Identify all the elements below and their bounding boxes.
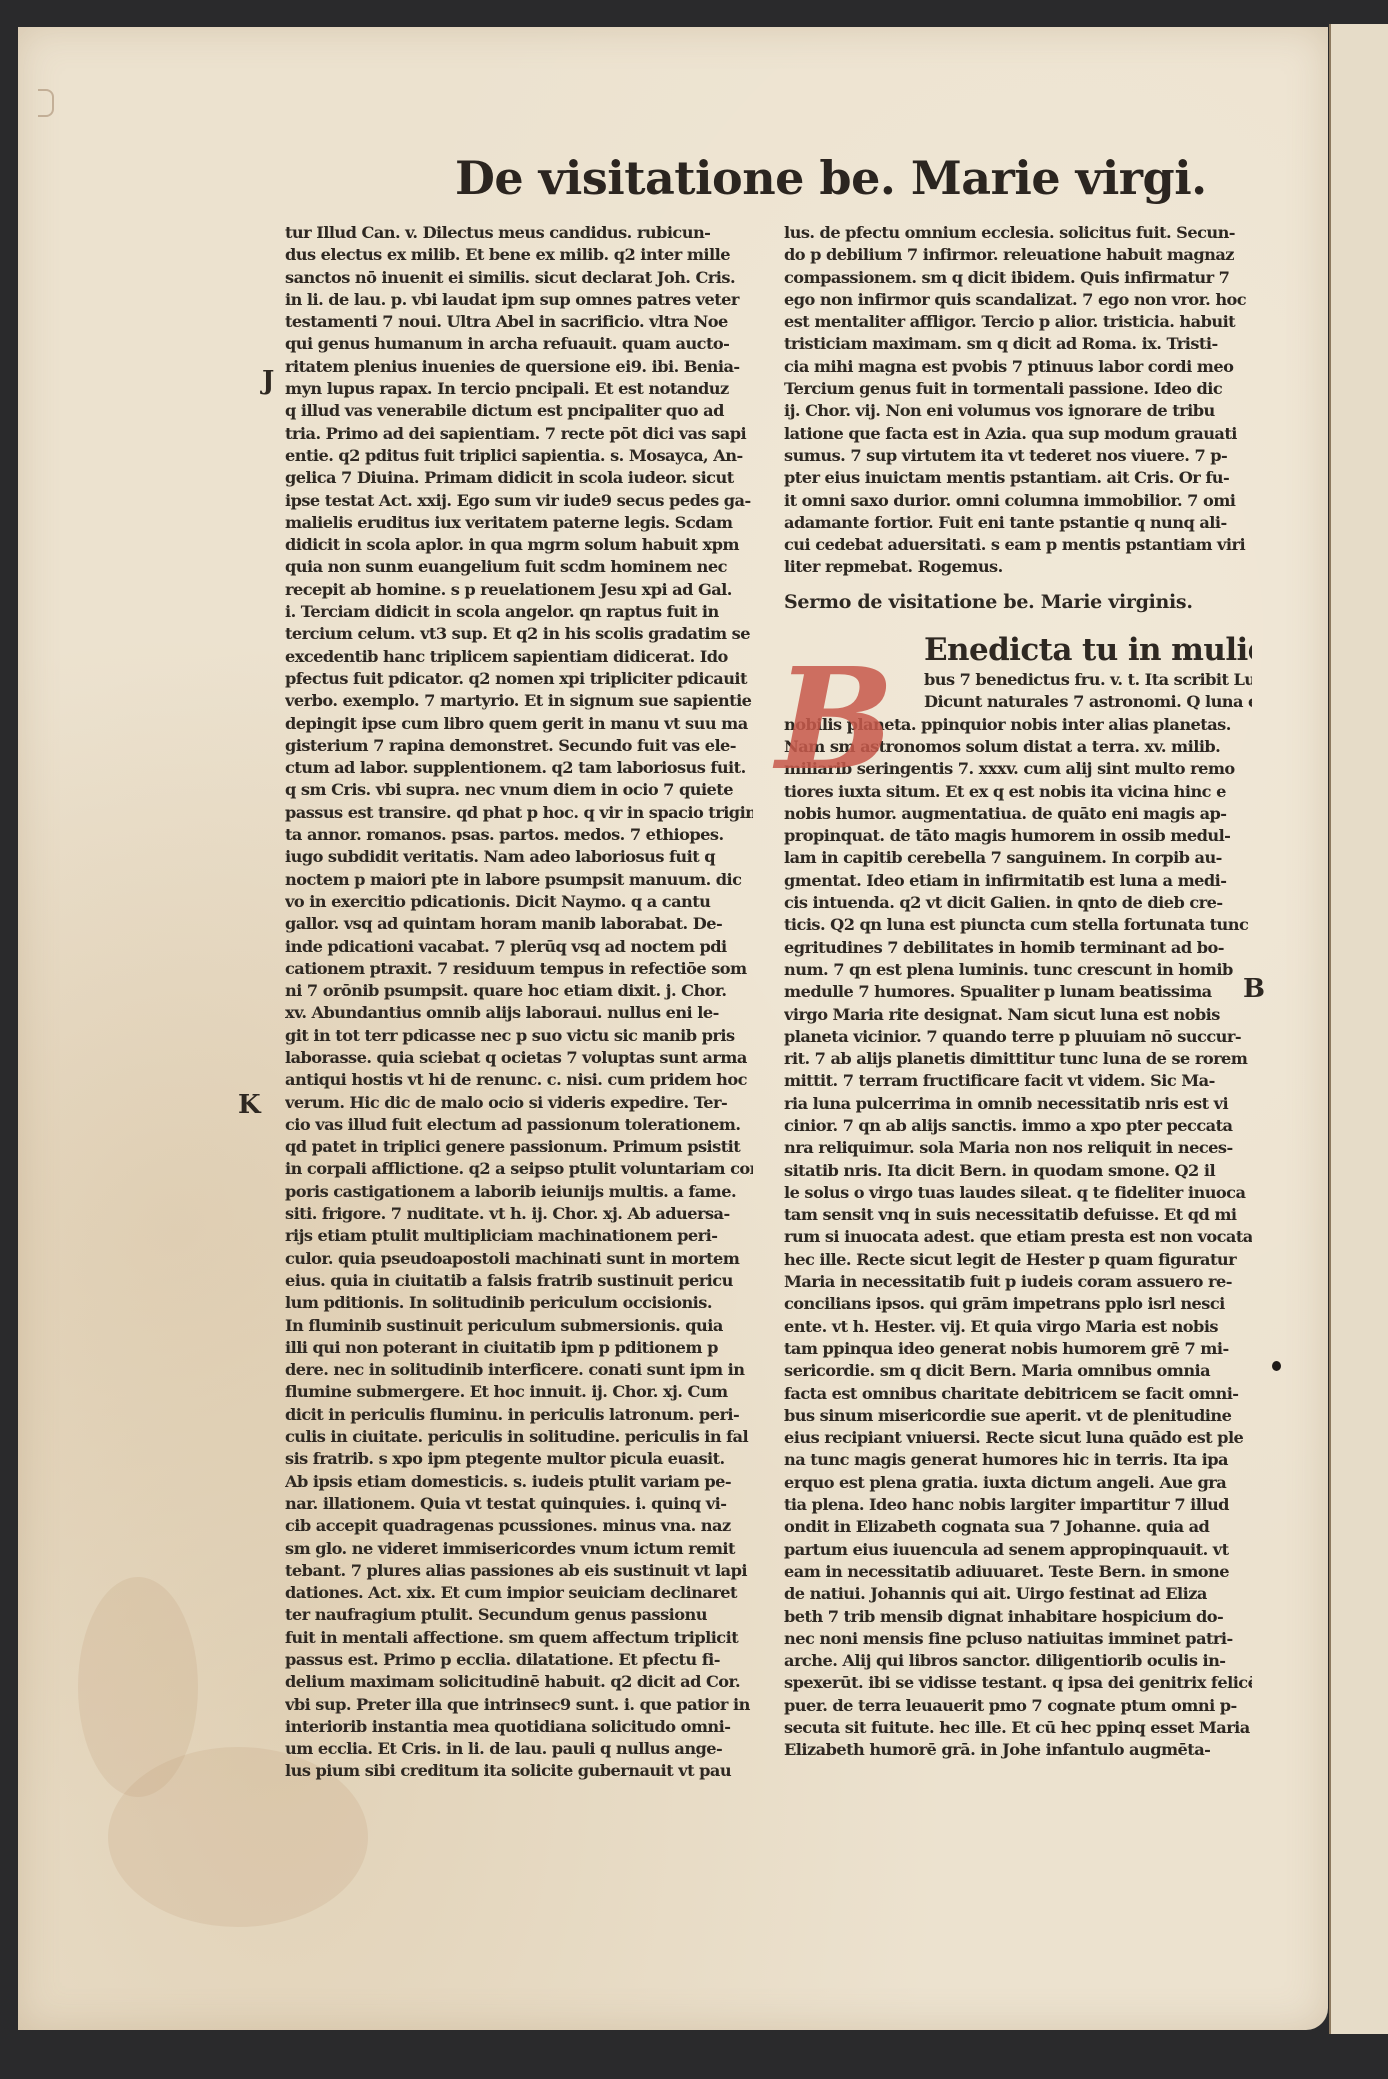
text-line: culor. quia pseudoapostoli machinati sun…: [285, 1248, 753, 1270]
text-line: qui genus humanum in archa refuauit. qua…: [285, 333, 753, 355]
text-line: delium maximam solicitudinē habuit. q2 d…: [285, 1671, 753, 1693]
text-line: adamante fortior. Fuit eni tante pstanti…: [784, 512, 1252, 534]
text-line: pter eius inuictam mentis pstantiam. ait…: [784, 467, 1252, 489]
text-line: lus pium sibi creditum ita solicite gube…: [285, 1760, 753, 1782]
text-line: in corpali afflictione. q2 a seipso ptul…: [285, 1158, 753, 1180]
text-line: ritatem plenius inuenies de quersione ei…: [285, 356, 753, 378]
binding-mark: [38, 89, 54, 117]
text-line: puer. de terra leuauerit pmo 7 cognate p…: [784, 1695, 1252, 1717]
text-line: vo in exercitio pdicationis. Dicit Naymo…: [285, 891, 753, 913]
facing-page-edge: [1329, 24, 1388, 2034]
text-line: ta annor. romanos. psas. partos. medos. …: [285, 824, 753, 846]
text-line: Maria in necessitatib fuit p iudeis cora…: [784, 1271, 1252, 1293]
text-line: nec noni mensis fine pcluso natiuitas im…: [784, 1628, 1252, 1650]
text-line: rum si inuocata adest. que etiam presta …: [784, 1226, 1252, 1248]
text-line: vbi sup. Preter illa que intrinsec9 sunt…: [285, 1694, 753, 1716]
text-line: dicit in periculis fluminu. in periculis…: [285, 1404, 753, 1426]
text-line: laborasse. quia sciebat q ocietas 7 volu…: [285, 1047, 753, 1069]
text-line: bus sinum misericordie sue aperit. vt de…: [784, 1405, 1252, 1427]
text-line: planeta vicinior. 7 quando terre p pluui…: [784, 1026, 1252, 1048]
text-line: entie. q2 pditus fuit triplici sapientia…: [285, 445, 753, 467]
running-head: De visitatione be. Marie virgi.: [455, 148, 1115, 208]
right-column-top-text: lus. de pfectu omnium ecclesia. solicitu…: [784, 222, 1252, 579]
text-line: eam in necessitatib adiuuaret. Teste Ber…: [784, 1561, 1252, 1583]
text-line: excedentib hanc triplicem sapientiam did…: [285, 646, 753, 668]
text-line: nar. illationem. Quia vt testat quinquie…: [285, 1493, 753, 1515]
text-line: inde pdicationi vacabat. 7 plerūq vsq ad…: [285, 936, 753, 958]
text-line: le solus o virgo tuas laudes sileat. q t…: [784, 1182, 1252, 1204]
text-line: tercium celum. vt3 sup. Et q2 in his sco…: [285, 623, 753, 645]
text-line: eius recipiant vniuersi. Recte sicut lun…: [784, 1427, 1252, 1449]
text-line: sumus. 7 sup virtutem ita vt tederet nos…: [784, 445, 1252, 467]
text-line: gallor. vsq ad quintam horam manib labor…: [285, 913, 753, 935]
text-line: rijs etiam ptulit multipliciam machinati…: [285, 1225, 753, 1247]
text-line: sm glo. ne videret immisericordes vnum i…: [285, 1538, 753, 1560]
text-line: gmentat. Ideo etiam in infirmitatib est …: [784, 870, 1252, 892]
text-line: tur Illud Can. v. Dilectus meus candidus…: [285, 222, 753, 244]
text-line: tam sensit vnq in suis necessitatib defu…: [784, 1204, 1252, 1226]
text-line: ria luna pulcerrima in omnib necessitati…: [784, 1093, 1252, 1115]
text-line: nra reliquimur. sola Maria non nos reliq…: [784, 1137, 1252, 1159]
text-line: concilians ipsos. qui grām impetrans ppl…: [784, 1293, 1252, 1315]
text-line: arche. Alij qui libros sanctor. diligent…: [784, 1650, 1252, 1672]
text-line: sanctos nō inuenit ei similis. sicut dec…: [285, 267, 753, 289]
text-line: q sm Cris. vbi supra. nec vnum diem in o…: [285, 779, 753, 801]
text-line: lus. de pfectu omnium ecclesia. solicitu…: [784, 222, 1252, 244]
text-line: lum pditionis. In solitudinib periculum …: [285, 1292, 753, 1314]
text-line: dere. nec in solitudinib interficere. co…: [285, 1359, 753, 1381]
text-line: didicit in scola aplor. in qua mgrm solu…: [285, 534, 753, 556]
text-line: virgo Maria rite designat. Nam sicut lun…: [784, 1004, 1252, 1026]
text-line: ondit in Elizabeth cognata sua 7 Johanne…: [784, 1516, 1252, 1538]
text-line: flumine submergere. Et hoc innuit. ij. C…: [285, 1381, 753, 1403]
right-text-column: lus. de pfectu omnium ecclesia. solicitu…: [784, 222, 1252, 1762]
text-line: testamenti 7 noui. Ultra Abel in sacrifi…: [285, 311, 753, 333]
text-line: medulle 7 humores. Spualiter p lunam bea…: [784, 981, 1252, 1003]
text-line: eius. quia in ciuitatib a falsis fratrib…: [285, 1270, 753, 1292]
text-line: dationes. Act. xix. Et cum impior seuici…: [285, 1582, 753, 1604]
ink-spot: [1272, 1361, 1281, 1371]
text-line: um ecclia. Et Cris. in li. de lau. pauli…: [285, 1738, 753, 1760]
text-line: cia mihi magna est pvobis 7 ptinuus labo…: [784, 356, 1252, 378]
text-line: tria. Primo ad dei sapientiam. 7 recte p…: [285, 423, 753, 445]
sermon-rubric: Sermo de visitatione be. Marie virginis.: [784, 591, 1252, 613]
text-line: sitatib nris. Ita dicit Bern. in quodam …: [784, 1160, 1252, 1182]
text-line: verbo. exemplo. 7 martyrio. Et in signum…: [285, 690, 753, 712]
text-line: verum. Hic dic de malo ocio si videris e…: [285, 1092, 753, 1114]
text-line: tristiciam maximam. sm q dicit ad Roma. …: [784, 333, 1252, 355]
left-text-column: tur Illud Can. v. Dilectus meus candidus…: [285, 222, 753, 1783]
text-line: Elizabeth humorē grā. in Johe infantulo …: [784, 1739, 1252, 1761]
text-line: ctum ad labor. supplentionem. q2 tam lab…: [285, 757, 753, 779]
text-line: secuta sit fuitute. hec ille. Et cū hec …: [784, 1717, 1252, 1739]
text-line: egritudines 7 debilitates in homib termi…: [784, 937, 1252, 959]
text-line: q illud vas venerabile dictum est pncipa…: [285, 400, 753, 422]
text-line: pfectus fuit pdicator. q2 nomen xpi trip…: [285, 668, 753, 690]
text-line: ego non infirmor quis scandalizat. 7 ego…: [784, 289, 1252, 311]
margin-signature-mark: K: [238, 1090, 261, 1120]
text-line: tam ppinqua ideo generat nobis humorem g…: [784, 1338, 1252, 1360]
text-line: myn lupus rapax. In tercio pncipali. Et …: [285, 378, 753, 400]
text-line: dus electus ex milib. Et bene ex milib. …: [285, 244, 753, 266]
text-line: ipse testat Act. xxij. Ego sum vir iude9…: [285, 490, 753, 512]
text-line: interiorib instantia mea quotidiana soli…: [285, 1716, 753, 1738]
text-line: nobis humor. augmentatiua. de quāto eni …: [784, 803, 1252, 825]
text-line: ij. Chor. vij. Non eni volumus vos ignor…: [784, 400, 1252, 422]
text-line: qd patet in triplici genere passionum. P…: [285, 1136, 753, 1158]
text-line: latione que facta est in Azia. qua sup m…: [784, 423, 1252, 445]
text-line: i. Terciam didicit in scola angelor. qn …: [285, 601, 753, 623]
margin-signature-mark: J: [262, 366, 274, 396]
text-line: cio vas illud fuit electum ad passionum …: [285, 1114, 753, 1136]
text-line: noctem p maiori pte in labore psumpsit m…: [285, 869, 753, 891]
text-line: depingit ipse cum libro quem gerit in ma…: [285, 713, 753, 735]
text-line: do p debilium 7 infirmor. releuatione ha…: [784, 244, 1252, 266]
text-line: tebant. 7 plures alias passiones ab eis …: [285, 1560, 753, 1582]
text-line: malielis eruditus iux veritatem paterne …: [285, 512, 753, 534]
text-line: gisterium 7 rapina demonstret. Secundo f…: [285, 735, 753, 757]
text-line: facta est omnibus charitate debitricem s…: [784, 1383, 1252, 1405]
right-column-sermon-text: bus 7 benedictus fru. v. t. Ita scribit …: [784, 669, 1252, 1762]
text-line: In fluminib sustinuit periculum submersi…: [285, 1315, 753, 1337]
text-line: ni 7 orōnib psumpsit. quare hoc etiam di…: [285, 980, 753, 1002]
text-line: mittit. 7 terram fructificare facit vt v…: [784, 1070, 1252, 1092]
text-line: partum eius iuuencula ad senem appropinq…: [784, 1539, 1252, 1561]
text-line: sis fratrib. s xpo ipm ptegente multor p…: [285, 1448, 753, 1470]
text-line: na tunc magis generat humores hic in ter…: [784, 1449, 1252, 1471]
text-line: compassionem. sm q dicit ibidem. Quis in…: [784, 267, 1252, 289]
text-line: passus est transire. qd phat p hoc. q vi…: [285, 802, 753, 824]
text-line: culis in ciuitate. periculis in solitudi…: [285, 1426, 753, 1448]
text-line: cis intuenda. q2 vt dicit Galien. in qnt…: [784, 892, 1252, 914]
text-line: lam in capitib cerebella 7 sanguinem. In…: [784, 847, 1252, 869]
text-line: ente. vt h. Hester. vij. Et quia virgo M…: [784, 1316, 1252, 1338]
text-line: rit. 7 ab alijs planetis dimittitur tunc…: [784, 1048, 1252, 1070]
text-line: sericordie. sm q dicit Bern. Maria omnib…: [784, 1360, 1252, 1382]
text-line: de natiui. Johannis qui ait. Uirgo festi…: [784, 1583, 1252, 1605]
text-line: spexerūt. ibi se vidisse testant. q ipsa…: [784, 1672, 1252, 1694]
text-line: Ab ipsis etiam domesticis. s. iudeis ptu…: [285, 1471, 753, 1493]
text-line: propinquat. de tāto magis humorem in oss…: [784, 825, 1252, 847]
text-line: antiqui hostis vt hi de renunc. c. nisi.…: [285, 1069, 753, 1091]
text-line: hec ille. Recte sicut legit de Hester p …: [784, 1249, 1252, 1271]
red-drop-cap-initial: B: [776, 655, 906, 785]
text-line: recepit ab homine. s p reuelationem Jesu…: [285, 579, 753, 601]
text-line: num. 7 qn est plena luminis. tunc crescu…: [784, 959, 1252, 981]
text-line: siti. frigore. 7 nuditate. vt h. ij. Cho…: [285, 1203, 753, 1225]
text-line: poris castigationem a laborib ieiunijs m…: [285, 1181, 753, 1203]
text-line: ter naufragium ptulit. Secundum genus pa…: [285, 1604, 753, 1626]
text-line: cui cedebat aduersitati. s eam p mentis …: [784, 534, 1252, 556]
text-line: git in tot terr pdicasse nec p suo victu…: [285, 1025, 753, 1047]
text-line: cinior. 7 qn ab alijs sanctis. immo a xp…: [784, 1115, 1252, 1137]
text-line: quia non sunm euangelium fuit scdm homin…: [285, 556, 753, 578]
text-line: fuit in mentali affectione. sm quem affe…: [285, 1627, 753, 1649]
text-line: it omni saxo durior. omni columna immobi…: [784, 490, 1252, 512]
text-line: gelica 7 Diuina. Primam didicit in scola…: [285, 467, 753, 489]
text-line: erquo est plena gratia. iuxta dictum ang…: [784, 1472, 1252, 1494]
text-line: passus est. Primo p ecclia. dilatatione.…: [285, 1649, 753, 1671]
text-line: beth 7 trib mensib dignat inhabitare hos…: [784, 1606, 1252, 1628]
text-line: iugo subdidit veritatis. Nam adeo labori…: [285, 846, 753, 868]
text-line: est mentaliter affligor. Tercio p alior.…: [784, 311, 1252, 333]
water-stain: [78, 1577, 198, 1797]
text-line: Tercium genus fuit in tormentali passion…: [784, 378, 1252, 400]
text-line: ticis. Q2 qn luna est piuncta cum stella…: [784, 914, 1252, 936]
text-line: liter repmebat. Rogemus.: [784, 556, 1252, 578]
text-line: in li. de lau. p. vbi laudat ipm sup omn…: [285, 289, 753, 311]
text-line: xv. Abundantius omnib alijs laboraui. nu…: [285, 1002, 753, 1024]
text-line: cib accepit quadragenas pcussiones. minu…: [285, 1515, 753, 1537]
text-line: cationem ptraxit. 7 residuum tempus in r…: [285, 958, 753, 980]
text-line: tia plena. Ideo hanc nobis largiter impa…: [784, 1494, 1252, 1516]
text-line: illi qui non poterant in ciuitatib ipm p…: [285, 1337, 753, 1359]
